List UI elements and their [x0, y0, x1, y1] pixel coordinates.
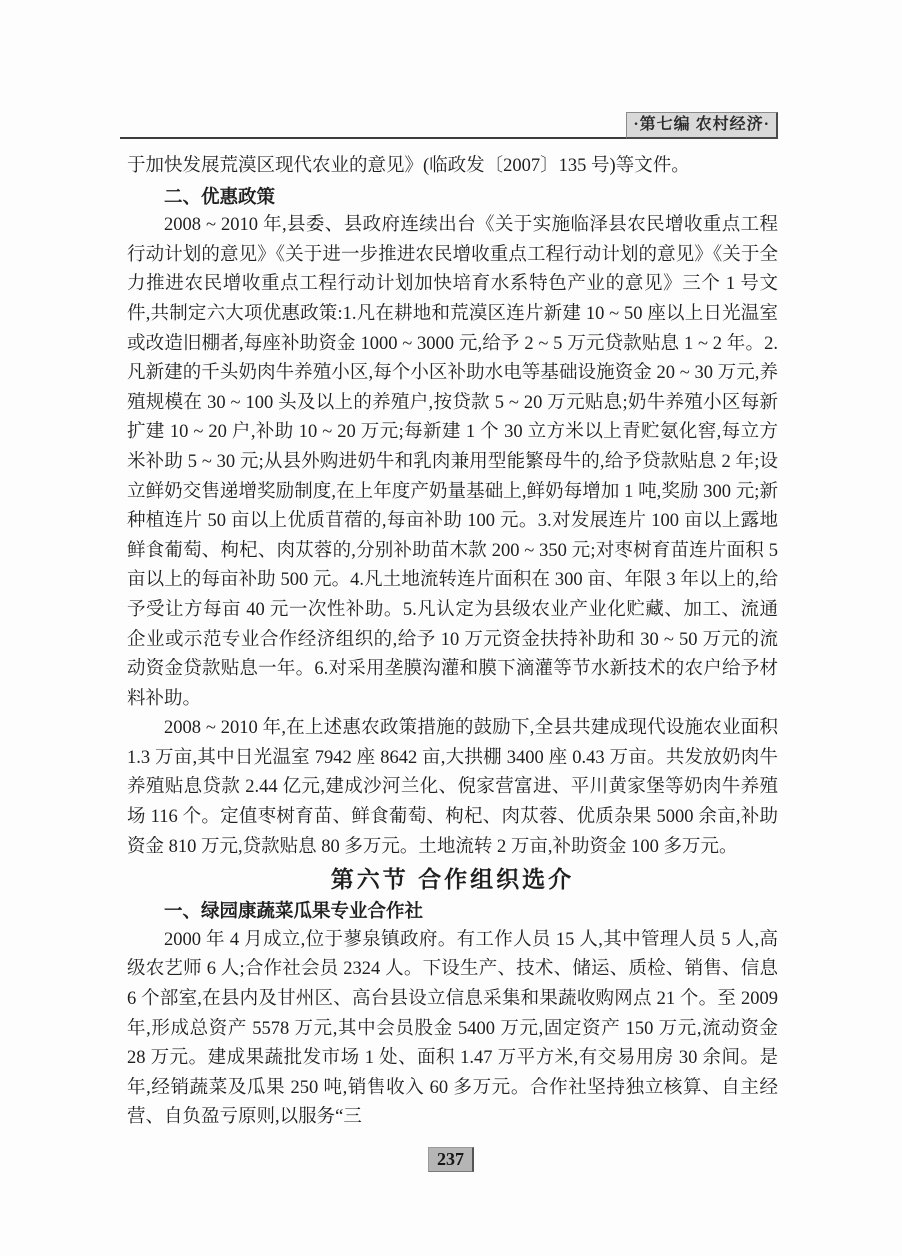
subheading-coop: 一、绿园康蔬菜瓜果专业合作社	[127, 896, 778, 926]
body-text: 于加快发展荒漠区现代农业的意见》(临政发〔2007〕135 号)等文件。 二、优…	[127, 152, 778, 1133]
book-page: ·第七编 农村经济· 于加快发展荒漠区现代农业的意见》(临政发〔2007〕135…	[0, 0, 902, 1256]
continuation-paragraph: 于加快发展荒漠区现代农业的意见》(临政发〔2007〕135 号)等文件。	[127, 152, 778, 182]
header-rule	[120, 137, 626, 139]
section-badge: ·第七编 农村经济·	[626, 112, 778, 139]
paragraph-coop-1: 2000 年 4 月成立,位于蓼泉镇政府。有工作人员 15 人,其中管理人员 5…	[127, 926, 778, 1133]
page-number-badge: 237	[428, 1147, 474, 1172]
paragraph-policies-1: 2008 ~ 2010 年,县委、县政府连续出台《关于实施临泽县农民增收重点工程…	[127, 211, 778, 714]
subheading-policies: 二、优惠政策	[127, 182, 778, 212]
page-header: ·第七编 农村经济·	[120, 112, 778, 139]
section-title: 第六节 合作组织选介	[127, 862, 778, 896]
paragraph-policies-2: 2008 ~ 2010 年,在上述惠农政策措施的鼓励下,全县共建成现代设施农业面…	[127, 714, 778, 862]
